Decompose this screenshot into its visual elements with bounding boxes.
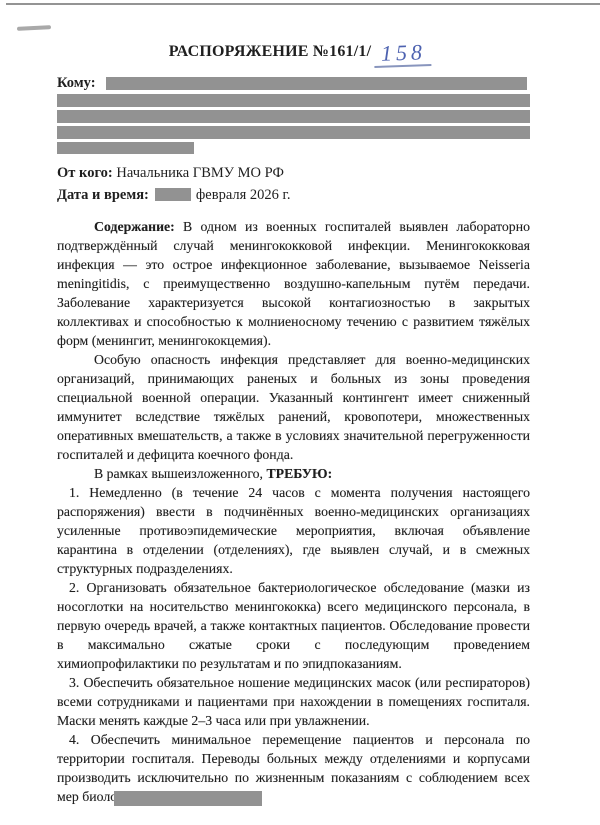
content-intro-paragraph: Содержание: В одном из военных госпитале…: [57, 217, 530, 350]
order-body: Содержание: В одном из военных госпитале…: [57, 217, 530, 806]
redaction-bar: [57, 110, 530, 123]
document-title-text: РАСПОРЯЖЕНИЕ №161/1/: [169, 43, 371, 60]
redaction-box-date: [155, 188, 191, 201]
redaction-bar: [57, 94, 530, 107]
content-intro-text: В одном из военных госпиталей выявлен ла…: [57, 219, 530, 348]
handwritten-order-number: 158: [374, 41, 432, 68]
order-item-1: 1. Немедленно (в течение 24 часов с моме…: [57, 483, 530, 578]
content-danger-paragraph: Особую опасность инфекция представляет д…: [57, 350, 530, 464]
recipient-row: Кому:: [57, 76, 530, 91]
order-item-3: 3. Обеспечить обязательное ношение медиц…: [57, 673, 530, 730]
sender-label: От кого:: [57, 165, 113, 181]
scan-artifact-top-line: [6, 3, 600, 5]
document-title: РАСПОРЯЖЕНИЕ №161/1/158: [0, 0, 600, 67]
redaction-bar: [106, 77, 527, 90]
recipient-label: Кому:: [57, 75, 96, 92]
content-label: Содержание:: [94, 219, 175, 234]
redaction-bar: [57, 142, 194, 154]
demand-word: ТРЕБУЮ:: [266, 466, 332, 481]
datetime-value: февраля 2026 г.: [196, 187, 291, 203]
document-content: Кому: От кого: Начальника ГВМУ МО РФ Дат…: [57, 76, 530, 806]
order-item-2: 2. Организовать обязательное бактериолог…: [57, 578, 530, 673]
redaction-bar-bottom: [114, 791, 262, 806]
datetime-row: Дата и время:февраля 2026 г.: [57, 187, 530, 205]
datetime-label: Дата и время:: [57, 187, 149, 203]
redaction-bar: [57, 126, 530, 139]
sender-value: Начальника ГВМУ МО РФ: [116, 165, 284, 181]
demand-line: В рамках вышеизложенного, ТРЕБУЮ:: [57, 464, 530, 483]
demand-intro: В рамках вышеизложенного,: [94, 466, 263, 481]
scanned-order-document: РАСПОРЯЖЕНИЕ №161/1/158 Кому: От кого: Н…: [0, 0, 600, 825]
sender-row: От кого: Начальника ГВМУ МО РФ: [57, 165, 530, 183]
